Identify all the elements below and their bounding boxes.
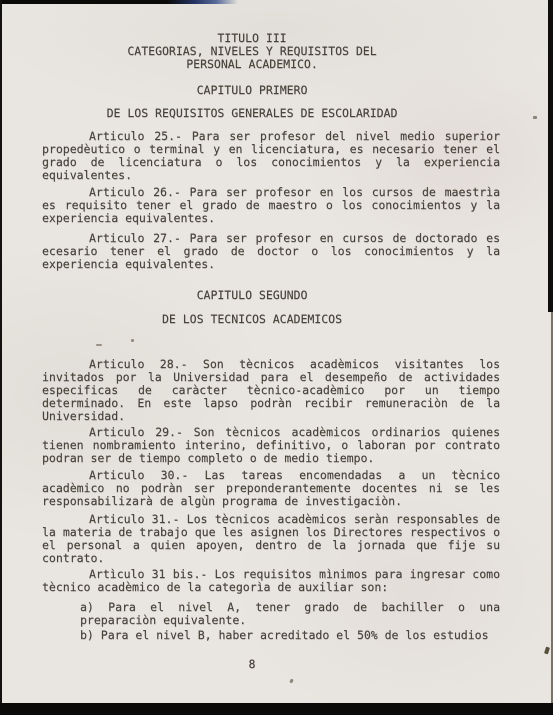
chapter-1-heading: CAPITULO PRIMERO [42,84,462,97]
chapter-1-subheading: DE LOS REQUISITOS GENERALES DE ESCOLARID… [42,107,462,120]
article-31-bis: Artìculo 31 bis.- Los requisitos mìnimos… [42,568,500,594]
article-25: Articulo 25.- Para ser profesor del nive… [42,130,500,182]
scan-speck [131,339,134,342]
article-27: Articulo 27.- Para ser profesor en curso… [42,232,500,271]
scanned-document-page: TITULO III CATEGORIAS, NIVELES Y REQUISI… [0,0,553,715]
article-30: Articulo 30.- Las tareas encomendadas a … [42,469,500,508]
article-31: Articulo 31.- Los tècnicos acadèmicos se… [42,513,500,565]
list-item-a: a) Para el nivel A, tener grado de bachi… [80,601,500,627]
title-line-3: PERSONAL ACADEMICO. [42,58,462,71]
chapter-2-subheading: DE LOS TECNICOS ACADEMICOS [42,313,462,326]
page-number: 8 [42,658,462,671]
scan-speck [96,344,102,346]
scan-artifact-left-edge [0,0,2,715]
scan-speck [289,679,293,684]
document-title: TITULO III CATEGORIAS, NIVELES Y REQUISI… [42,32,462,71]
scan-artifact-right-edge-upper [548,0,553,312]
article-26: Articulo 26.- Para ser profesor en los c… [42,186,500,225]
scan-speck [533,116,537,119]
chapter-2-heading: CAPITULO SEGUNDO [42,289,462,302]
scan-speck [544,647,550,655]
list-item-b: b) Para el nivel B, haber acreditado el … [80,629,500,642]
scan-artifact-bottom-edge [0,703,553,715]
scan-artifact-top-edge [0,0,238,4]
article-28: Articulo 28.- Son tècnicos acadèmicos vi… [42,358,500,423]
article-29: Articulo 29.- Son tècnicos acadèmicos or… [42,426,500,465]
